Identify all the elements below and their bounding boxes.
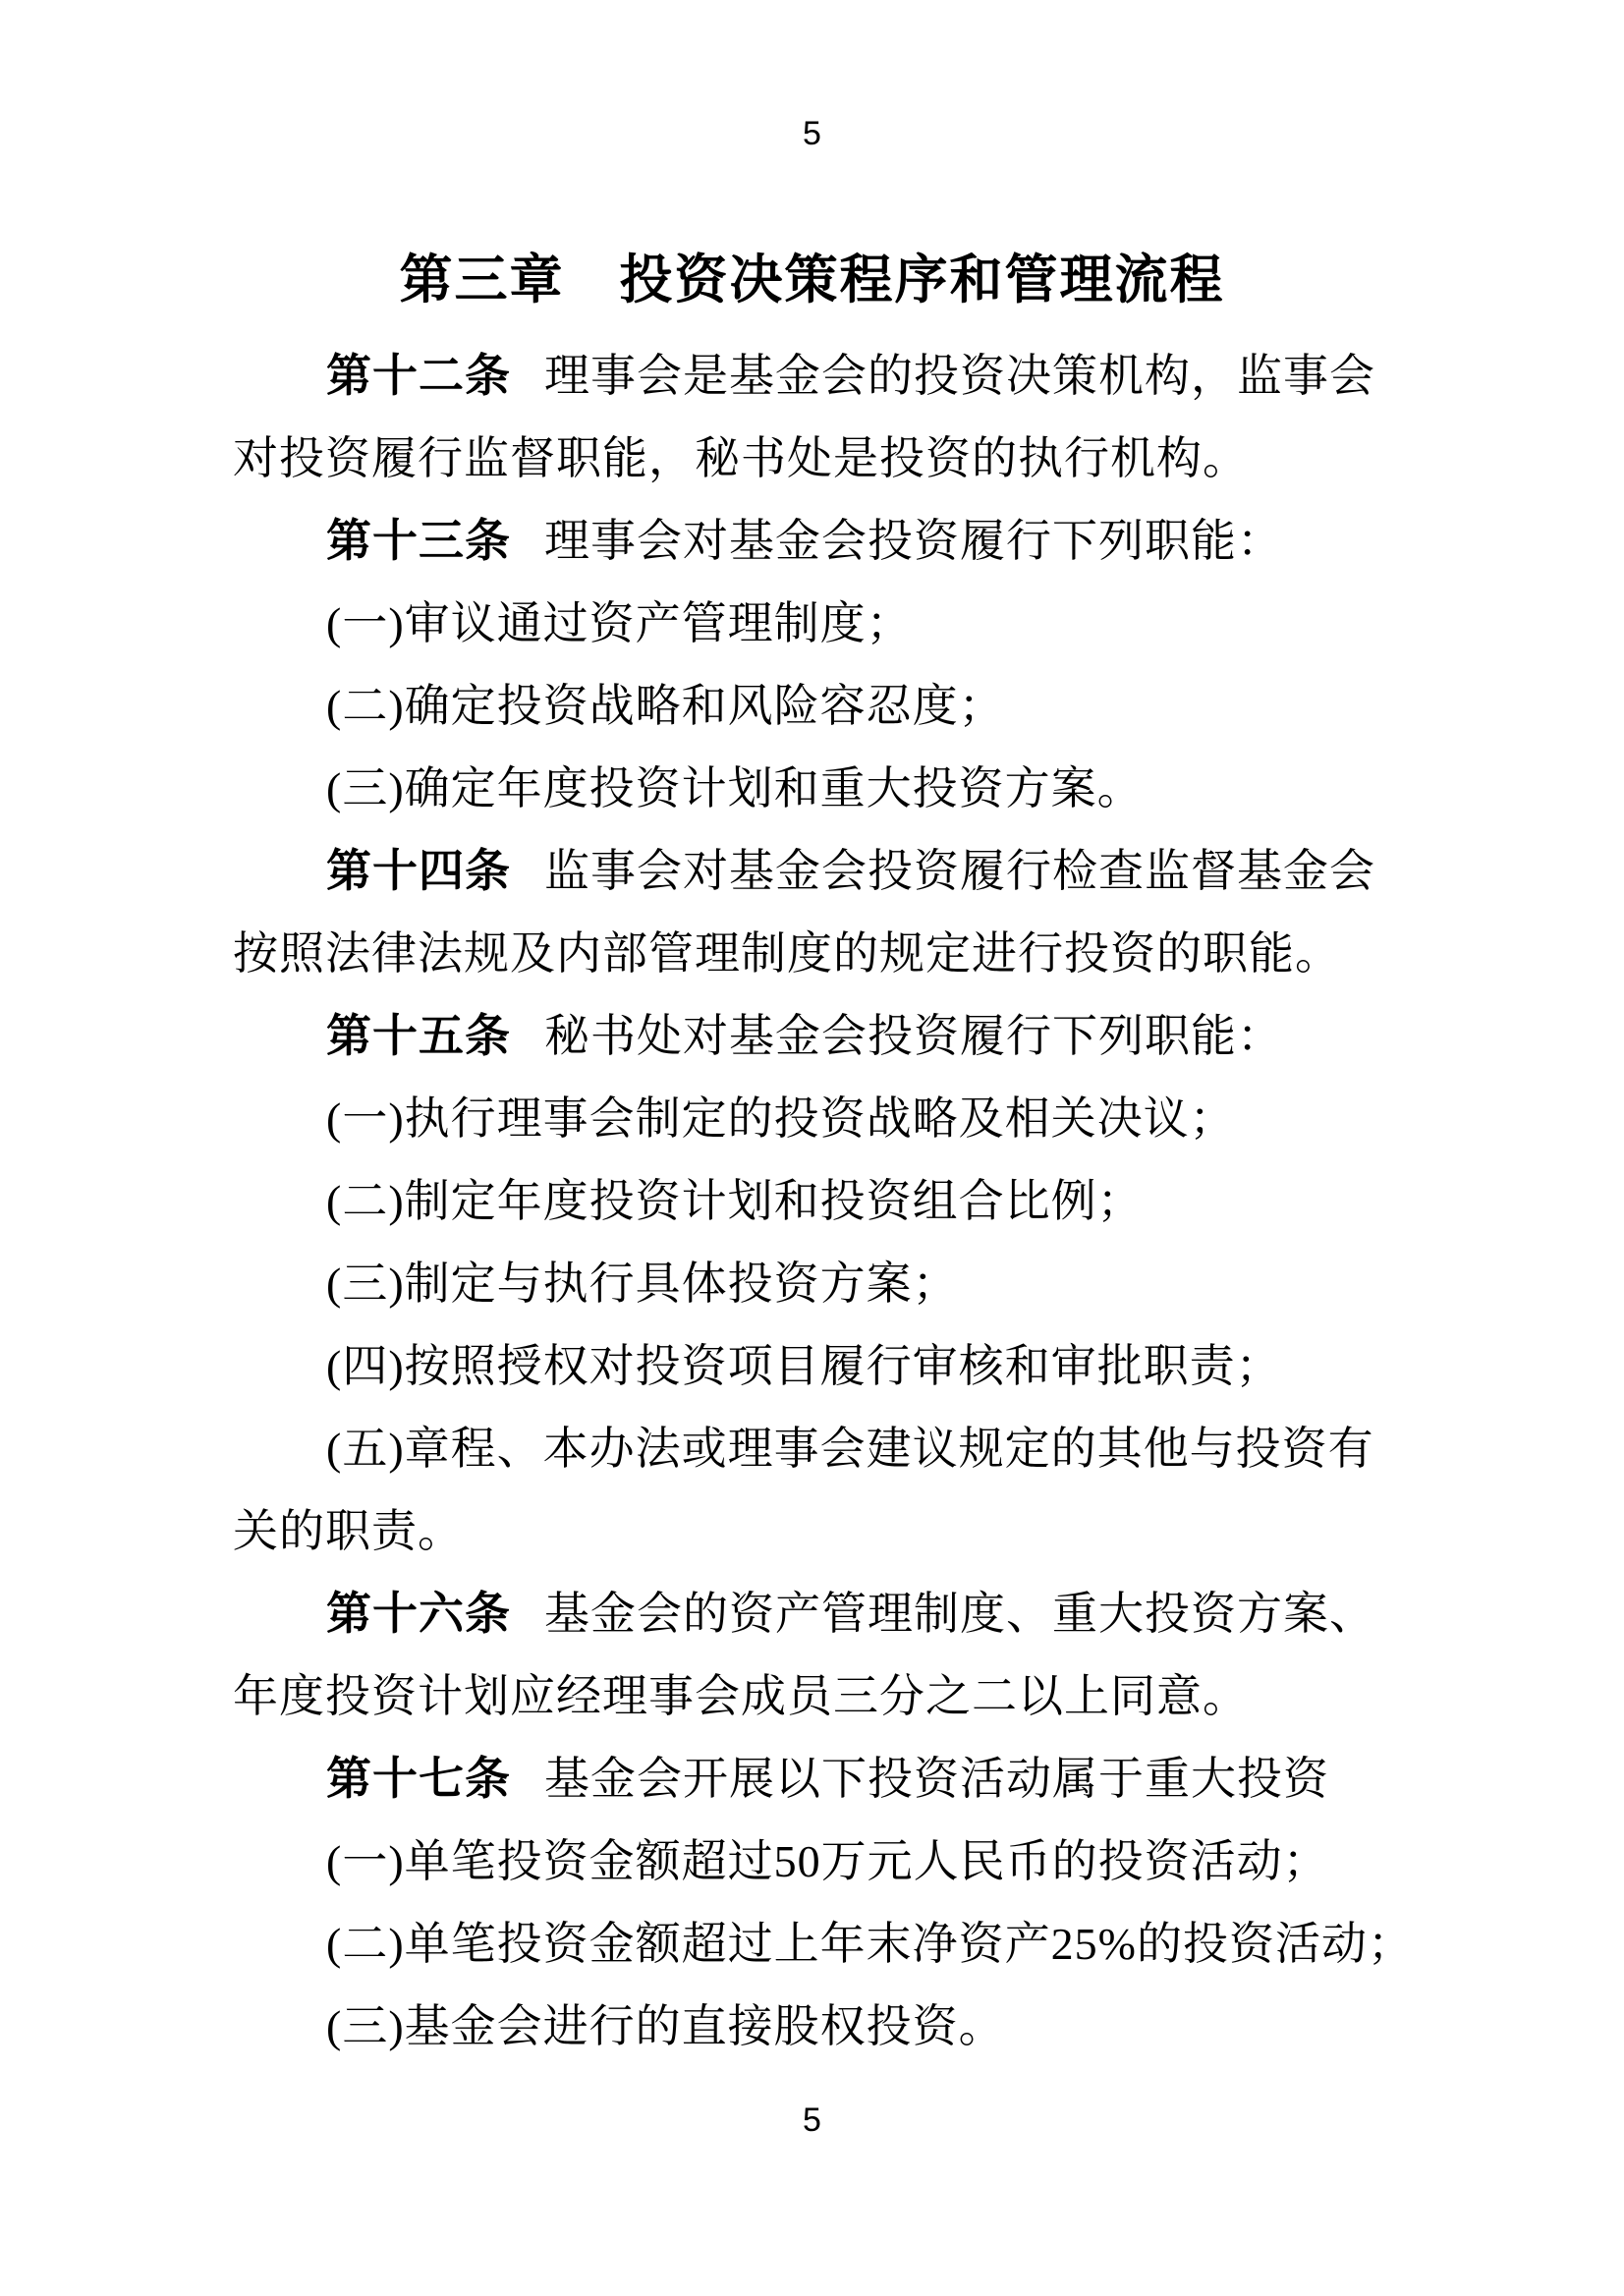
line-text: (一)单笔投资金额超过50万元人民币的投资活动； xyxy=(326,1836,1329,1886)
text-line: (三)确定年度投资计划和重大投资方案。 xyxy=(233,748,1402,830)
article-number: 第十三条 xyxy=(326,516,511,566)
text-line: (二)确定投资战略和风险容忍度； xyxy=(233,665,1402,748)
text-line: (四)按照授权对投资项目履行审核和审批职责； xyxy=(233,1325,1402,1408)
text-line: 关的职责。 xyxy=(233,1490,1402,1573)
text-line: (二)制定年度投资计划和投资组合比例； xyxy=(233,1160,1402,1243)
text-line: (一)执行理事会制定的投资战略及相关决议； xyxy=(233,1078,1402,1160)
line-text: (五)章程、本办法或理事会建议规定的其他与投资有 xyxy=(326,1424,1374,1474)
article-number: 第十二条 xyxy=(326,351,511,401)
line-text: (二)确定投资战略和风险容忍度； xyxy=(326,681,1005,731)
page-number-top: 5 xyxy=(0,116,1624,151)
line-text: 监事会对基金会投资履行检查监督基金会 xyxy=(544,846,1375,896)
line-text: (三)基金会进行的直接股权投资。 xyxy=(326,2001,1005,2051)
text-line: 第十七条基金会开展以下投资活动属于重大投资 xyxy=(233,1738,1402,1820)
text-line: 第十四条监事会对基金会投资履行检查监督基金会 xyxy=(233,830,1402,913)
article-number: 第十四条 xyxy=(326,846,511,896)
document-page: 5 第三章 投资决策程序和管理流程 第十二条理事会是基金会的投资决策机构，监事会… xyxy=(0,0,1624,2296)
line-text: 基金会开展以下投资活动属于重大投资 xyxy=(544,1754,1329,1804)
text-line: (五)章程、本办法或理事会建议规定的其他与投资有 xyxy=(233,1408,1402,1490)
line-text: 按照法律法规及内部管理制度的规定进行投资的职能。 xyxy=(233,928,1341,979)
line-text: 理事会对基金会投资履行下列职能： xyxy=(544,516,1283,566)
text-line: (一)审议通过资产管理制度； xyxy=(233,583,1402,665)
page-number-bottom: 5 xyxy=(0,2102,1624,2138)
line-text: (一)审议通过资产管理制度； xyxy=(326,598,913,648)
text-line: 第十三条理事会对基金会投资履行下列职能： xyxy=(233,500,1402,583)
text-line: 年度投资计划应经理事会成员三分之二以上同意。 xyxy=(233,1655,1402,1738)
line-text: 秘书处对基金会投资履行下列职能： xyxy=(544,1011,1283,1061)
line-text: (四)按照授权对投资项目履行审核和审批职责； xyxy=(326,1341,1282,1391)
line-text: (二)制定年度投资计划和投资组合比例； xyxy=(326,1176,1144,1226)
line-text: 理事会是基金会的投资决策机构，监事会 xyxy=(544,351,1375,401)
line-text: 对投资履行监督职能，秘书处是投资的执行机构。 xyxy=(233,433,1249,483)
line-text: (三)确定年度投资计划和重大投资方案。 xyxy=(326,763,1144,813)
line-text: 基金会的资产管理制度、重大投资方案、 xyxy=(544,1589,1375,1639)
text-line: 第十五条秘书处对基金会投资履行下列职能： xyxy=(233,995,1402,1078)
line-text: (二)单笔投资金额超过上年末净资产25%的投资活动； xyxy=(326,1919,1414,1969)
line-text: (一)执行理事会制定的投资战略及相关决议； xyxy=(326,1093,1236,1144)
line-text: 年度投资计划应经理事会成员三分之二以上同意。 xyxy=(233,1671,1249,1721)
chapter-title: 第三章 投资决策程序和管理流程 xyxy=(0,250,1624,310)
article-number: 第十七条 xyxy=(326,1754,511,1804)
article-number: 第十五条 xyxy=(326,1011,511,1061)
text-line: (三)制定与执行具体投资方案； xyxy=(233,1243,1402,1325)
line-text: 关的职责。 xyxy=(233,1506,464,1556)
text-line: 第十二条理事会是基金会的投资决策机构，监事会 xyxy=(233,335,1402,418)
text-line: (二)单笔投资金额超过上年末净资产25%的投资活动； xyxy=(233,1903,1402,1986)
text-line: (一)单笔投资金额超过50万元人民币的投资活动； xyxy=(233,1820,1402,1903)
article-number: 第十六条 xyxy=(326,1589,511,1639)
text-line: 第十六条基金会的资产管理制度、重大投资方案、 xyxy=(233,1573,1402,1655)
document-body: 第十二条理事会是基金会的投资决策机构，监事会对投资履行监督职能，秘书处是投资的执… xyxy=(233,335,1402,2068)
text-line: 对投资履行监督职能，秘书处是投资的执行机构。 xyxy=(233,418,1402,500)
line-text: (三)制定与执行具体投资方案； xyxy=(326,1259,959,1309)
text-line: 按照法律法规及内部管理制度的规定进行投资的职能。 xyxy=(233,913,1402,995)
text-line: (三)基金会进行的直接股权投资。 xyxy=(233,1986,1402,2068)
